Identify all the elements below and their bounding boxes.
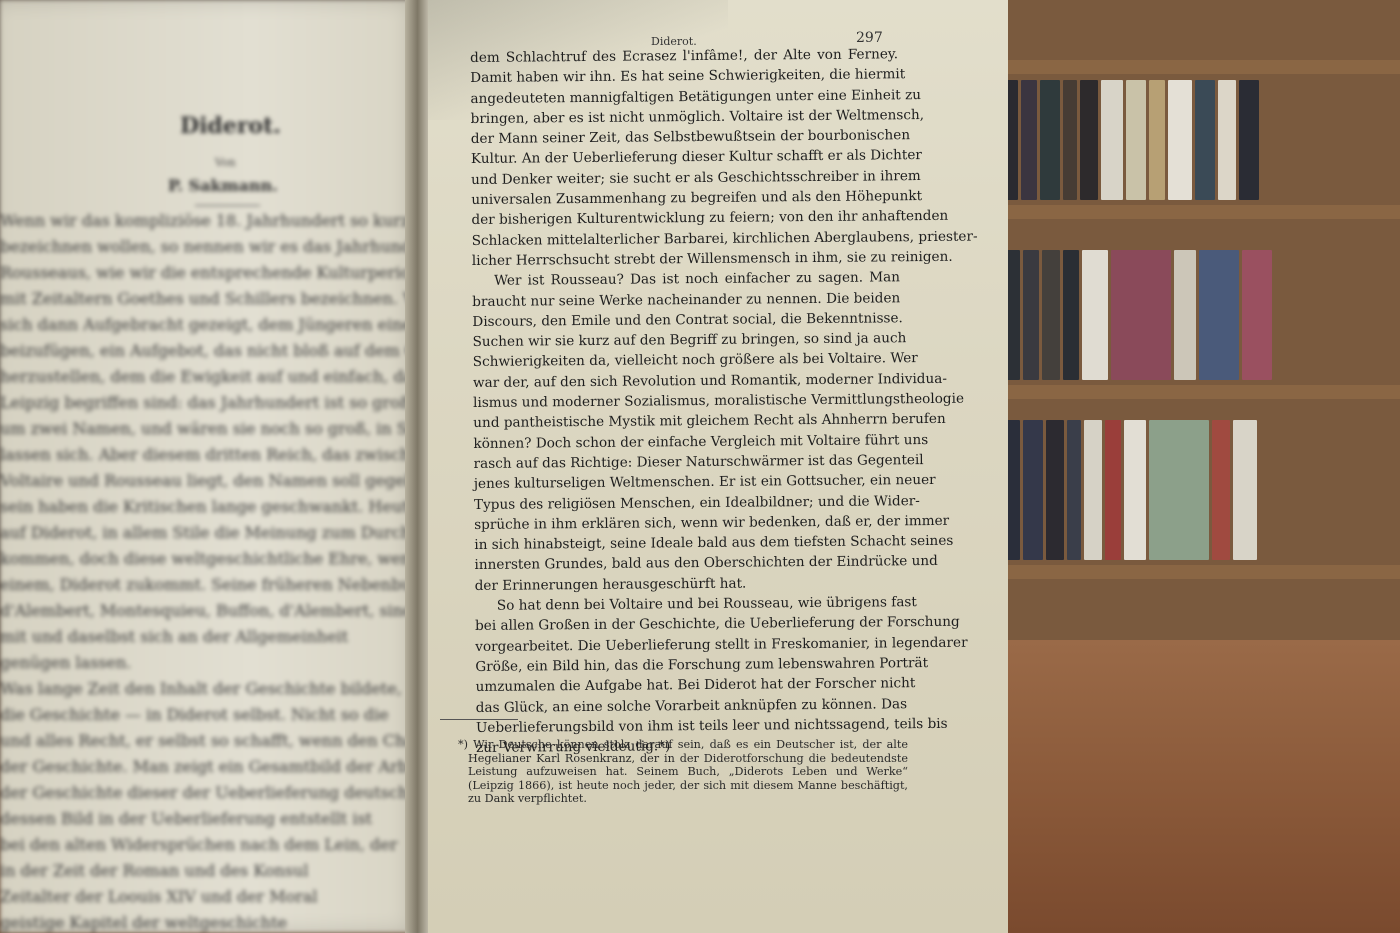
shelf-board — [980, 565, 1400, 579]
text-line: mit Zeitaltern Goethes und Schillers bez… — [0, 286, 410, 312]
text-line: sein haben die Kritischen lange geschwan… — [0, 494, 410, 520]
text-line: der Geschichte dieser der Ueberlieferung… — [0, 780, 410, 806]
footnote-line: Hegelianer Karl Rosenkranz, der in der D… — [458, 752, 908, 766]
book-row — [1000, 420, 1257, 560]
text-line: einem, Diderot zukommt. Seine früheren N… — [0, 572, 410, 598]
shelf-board — [980, 60, 1400, 74]
footnote-rule — [440, 719, 518, 720]
title-rule — [195, 205, 260, 206]
text-line: auf Diderot, in allem Stile die Meinung … — [0, 520, 410, 546]
text-line: kommen, doch diese weltgeschichtliche Eh… — [0, 546, 410, 572]
text-line: bezeichnen wollen, so nennen wir es das … — [0, 234, 410, 260]
shelf-board — [980, 205, 1400, 219]
right-page-body: dem Schlachtruf des Ecrasez l'infâme!, d… — [470, 44, 904, 758]
text-line: Leipzig begriffen sind: das Jahrhundert … — [0, 390, 410, 416]
byline-von: Von — [215, 156, 236, 169]
shelf-board — [980, 385, 1400, 399]
chapter-title: Diderot. — [180, 113, 281, 139]
wooden-table — [950, 640, 1400, 933]
footnote: *) Wir Deutsche können stolz darauf sein… — [458, 738, 908, 806]
text-line: innersten Grundes, bald aus den Oberschi… — [474, 552, 902, 576]
text-line: Rousseaus, wie wir die entsprechende Kul… — [0, 260, 410, 286]
text-line: bei den alten Widersprüchen nach dem Lei… — [0, 832, 410, 858]
footnote-line: Leistung aufzuweisen hat. Seinem Buch, „… — [458, 765, 908, 779]
book-row — [1000, 250, 1272, 380]
text-line: d'Alembert, Montesquieu, Buffon, d'Alemb… — [0, 598, 410, 624]
text-line: geistige Kapitel der weltgeschichte — [0, 910, 410, 933]
text-line: mit und daselbst sich an der Allgemeinhe… — [0, 624, 410, 650]
left-page: Diderot. Von P. Sakmann. Wenn wir das ko… — [0, 0, 420, 933]
text-line: Wenn wir das kompliziöse 18. Jahrhundert… — [0, 208, 410, 234]
text-line: die Geschichte — in Diderot selbst. Nich… — [0, 702, 410, 728]
text-line: beizufügen, ein Aufgebot, das nicht bloß… — [0, 338, 410, 364]
footnote-line: zu Dank verpflichtet. — [458, 792, 908, 806]
text-line: der Geschichte. Man zeigt ein Gesamtbild… — [0, 754, 410, 780]
text-line: Ueberlieferungsbild von ihm ist teils le… — [476, 714, 904, 738]
book-row — [1000, 80, 1259, 200]
footnote-line: (Leipzig 1866), ist heute noch jeder, de… — [458, 779, 908, 793]
text-line: lassen sich. Aber diesem dritten Reich, … — [0, 442, 410, 468]
footnote-line: *) Wir Deutsche können stolz darauf sein… — [458, 738, 908, 752]
left-page-body: Wenn wir das kompliziöse 18. Jahrhundert… — [0, 208, 410, 933]
text-line: dessen Bild in der Ueberlieferung entste… — [0, 806, 410, 832]
text-line: sich dann Aufgebracht gezeigt, dem Jünge… — [0, 312, 410, 338]
author-name: P. Sakmann. — [168, 176, 278, 195]
text-line: Zeitalter der Loouis XIV und der Moral — [0, 884, 410, 910]
text-line: genügen lassen. — [0, 650, 410, 676]
text-line: herzustellen, dem die Ewigkeit auf und e… — [0, 364, 410, 390]
book-gutter — [405, 0, 430, 933]
text-line: und alles Recht, er selbst so schafft, w… — [0, 728, 410, 754]
text-line: Voltaire und Rousseau liegt, den Namen s… — [0, 468, 410, 494]
text-line: um zwei Namen, und wären sie noch so gro… — [0, 416, 410, 442]
bookshelf — [980, 0, 1400, 660]
text-line: in der Zeit der Roman und des Konsul — [0, 858, 410, 884]
text-line: Was lange Zeit den Inhalt der Geschichte… — [0, 676, 410, 702]
